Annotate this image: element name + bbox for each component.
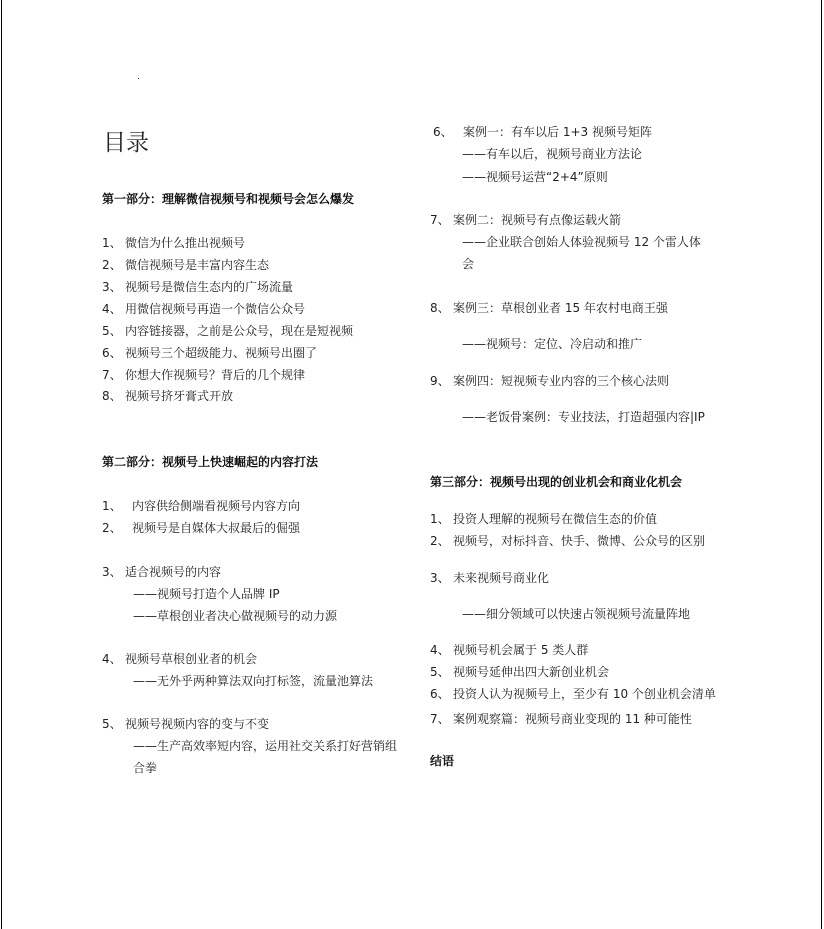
entry-number: 4、 (102, 301, 125, 317)
entry-number: 1、 (102, 235, 125, 251)
entry-number: 4、 (430, 642, 453, 658)
toc-subentry[interactable]: ——草根创业者决心做视频号的动力源 (133, 608, 337, 624)
entry-number: 8、 (430, 300, 453, 316)
toc-entry[interactable]: 5、内容链接器，之前是公众号，现在是短视频 (102, 323, 353, 339)
entry-number: 2、 (102, 257, 125, 273)
entry-text: 视频号，对标抖音、快手、微博、公众号的区别 (453, 534, 705, 548)
entry-number: 2、 (430, 533, 453, 549)
entry-number: 1、 (102, 498, 132, 514)
toc-entry[interactable]: 5、视频号延伸出四大新创业机会 (430, 664, 609, 680)
toc-entry[interactable]: 6、投资人认为视频号上，至少有 10 个创业机会清单 (430, 686, 716, 702)
toc-subentry[interactable]: ——无外乎两种算法双向打标签，流量池算法 (133, 673, 373, 689)
entry-text: 微信视频号是丰富内容生态 (125, 258, 269, 272)
entry-number: 3、 (102, 279, 125, 295)
toc-subentry[interactable]: ——视频号打造个人品牌 IP (133, 586, 280, 602)
entry-text: 内容链接器，之前是公众号，现在是短视频 (125, 324, 353, 338)
toc-title: 目录 (103, 127, 149, 159)
entry-text: 案例四：短视频专业内容的三个核心法则 (453, 374, 669, 388)
toc-subentry[interactable]: ——企业联合创始人体验视频号 12 个雷人体 (462, 234, 701, 250)
entry-number: 3、 (430, 570, 453, 586)
entry-number: 5、 (102, 716, 125, 732)
toc-subentry[interactable]: ——视频号：定位、冷启动和推广 (462, 336, 642, 352)
toc-entry[interactable]: 4、视频号草根创业者的机会 (102, 651, 257, 667)
toc-subentry[interactable]: ——老饭骨案例：专业技法，打造超强内容|IP (462, 409, 705, 425)
entry-text: 视频号视频内容的变与不变 (125, 717, 269, 731)
entry-text: 适合视频号的内容 (125, 565, 221, 579)
entry-number: 1、 (430, 511, 453, 527)
part2-heading: 第二部分：视频号上快速崛起的内容打法 (102, 454, 318, 470)
conclusion-heading: 结语 (430, 753, 454, 769)
entry-number: 8、 (102, 388, 125, 404)
toc-entry[interactable]: 8、视频号挤牙膏式开放 (102, 388, 233, 404)
toc-entry[interactable]: 7、案例二：视频号有点像运载火箭 (430, 212, 621, 228)
entry-number: 4、 (102, 651, 125, 667)
toc-entry[interactable]: 2、微信视频号是丰富内容生态 (102, 257, 269, 273)
entry-text: 视频号机会属于 5 类人群 (453, 643, 588, 657)
toc-entry[interactable]: 3、未来视频号商业化 (430, 570, 549, 586)
toc-entry[interactable]: 7、你想大作视频号？背后的几个规律 (102, 367, 305, 383)
toc-entry[interactable]: 4、视频号机会属于 5 类人群 (430, 642, 588, 658)
entry-text: 未来视频号商业化 (453, 571, 549, 585)
entry-number: 2、 (102, 520, 132, 536)
toc-subentry[interactable]: ——生产高效率短内容，运用社交关系打好营销组 (133, 738, 397, 754)
entry-text: 视频号延伸出四大新创业机会 (453, 665, 609, 679)
entry-number: 6、 (430, 686, 453, 702)
entry-text: 视频号是自媒体大叔最后的倔强 (132, 521, 300, 535)
entry-text: 视频号是微信生态内的广场流量 (125, 280, 293, 294)
toc-entry[interactable]: 2、视频号是自媒体大叔最后的倔强 (102, 520, 300, 536)
stray-mark (138, 78, 139, 79)
entry-text: 视频号三个超级能力、视频号出圈了 (125, 346, 317, 360)
entry-number: 9、 (430, 373, 453, 389)
entry-text: 案例一：有车以后 1+3 视频号矩阵 (463, 125, 652, 139)
entry-text: 微信为什么推出视频号 (125, 236, 245, 250)
entry-number: 7、 (102, 367, 125, 383)
entry-text: 内容供给侧端看视频号内容方向 (132, 499, 300, 513)
toc-entry[interactable]: 3、适合视频号的内容 (102, 564, 221, 580)
entry-number: 6、 (433, 124, 463, 140)
toc-subentry[interactable]: ——细分领域可以快速占领视频号流量阵地 (462, 606, 690, 622)
toc-entry[interactable]: 9、案例四：短视频专业内容的三个核心法则 (430, 373, 669, 389)
entry-number: 6、 (102, 345, 125, 361)
entry-text: 投资人理解的视频号在微信生态的价值 (453, 512, 657, 526)
entry-number: 7、 (430, 711, 453, 727)
entry-text: 用微信视频号再造一个微信公众号 (125, 302, 305, 316)
toc-entry[interactable]: 1、投资人理解的视频号在微信生态的价值 (430, 511, 657, 527)
toc-entry[interactable]: 1、内容供给侧端看视频号内容方向 (102, 498, 300, 514)
entry-text: 视频号草根创业者的机会 (125, 652, 257, 666)
toc-entry[interactable]: 3、视频号是微信生态内的广场流量 (102, 279, 293, 295)
toc-entry[interactable]: 1、微信为什么推出视频号 (102, 235, 245, 251)
entry-number: 5、 (102, 323, 125, 339)
entry-text: 你想大作视频号？背后的几个规律 (125, 368, 305, 382)
toc-entry[interactable]: 4、用微信视频号再造一个微信公众号 (102, 301, 305, 317)
toc-subentry-wrap[interactable]: 会 (462, 256, 474, 272)
entry-number: 3、 (102, 564, 125, 580)
entry-text: 案例三：草根创业者 15 年农村电商王强 (453, 301, 668, 315)
toc-subentry-wrap[interactable]: 合拳 (133, 760, 157, 776)
part3-heading: 第三部分：视频号出现的创业机会和商业化机会 (430, 474, 682, 490)
part1-heading: 第一部分：理解微信视频号和视频号会怎么爆发 (102, 191, 354, 207)
entry-text: 案例二：视频号有点像运载火箭 (453, 213, 621, 227)
toc-subentry[interactable]: ——有车以后，视频号商业方法论 (462, 146, 642, 162)
toc-entry[interactable]: 7、案例观察篇：视频号商业变现的 11 种可能性 (430, 711, 692, 727)
entry-text: 视频号挤牙膏式开放 (125, 389, 233, 403)
toc-subentry[interactable]: ——视频号运营“2+4”原则 (462, 169, 608, 185)
entry-number: 7、 (430, 212, 453, 228)
document-page: 目录 第一部分：理解微信视频号和视频号会怎么爆发 1、微信为什么推出视频号 2、… (1, 0, 822, 929)
toc-entry[interactable]: 2、视频号，对标抖音、快手、微博、公众号的区别 (430, 533, 705, 549)
entry-text: 投资人认为视频号上，至少有 10 个创业机会清单 (453, 687, 716, 701)
entry-number: 5、 (430, 664, 453, 680)
toc-entry[interactable]: 6、视频号三个超级能力、视频号出圈了 (102, 345, 317, 361)
toc-entry[interactable]: 5、视频号视频内容的变与不变 (102, 716, 269, 732)
toc-entry[interactable]: 6、案例一：有车以后 1+3 视频号矩阵 (433, 124, 652, 140)
toc-entry[interactable]: 8、案例三：草根创业者 15 年农村电商王强 (430, 300, 668, 316)
entry-text: 案例观察篇：视频号商业变现的 11 种可能性 (453, 712, 692, 726)
